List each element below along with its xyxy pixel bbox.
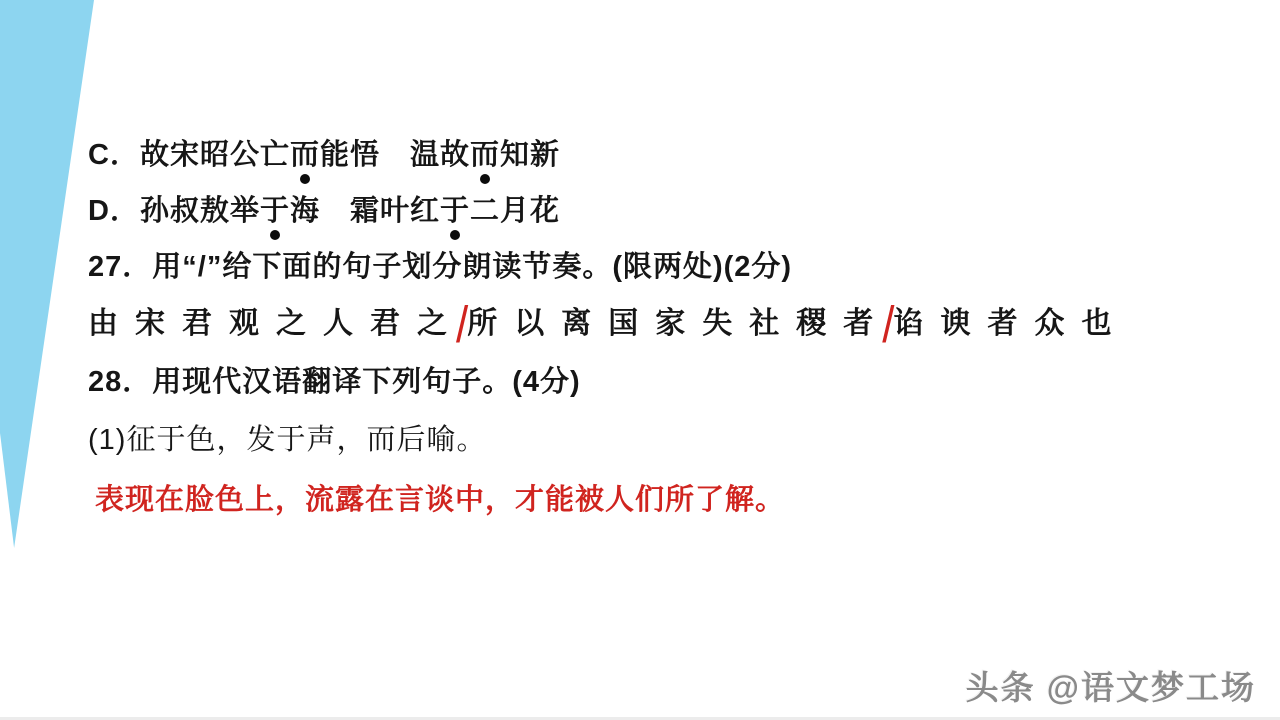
text-segment: 知新 xyxy=(500,139,560,171)
question-28-prompt: 28．用现代汉语翻译下列句子。(4分) xyxy=(88,366,581,398)
emphasized-char: 于 xyxy=(440,195,470,227)
text-segment: 二月花 xyxy=(470,195,560,227)
sentence-char: 离 xyxy=(561,308,592,340)
emphasized-char: 而 xyxy=(290,139,320,171)
sentence-char: 家 xyxy=(655,308,686,340)
sentence-char: 谄 xyxy=(893,308,924,340)
emphasized-char: 而 xyxy=(470,139,500,171)
sentence-char: 君 xyxy=(370,308,401,340)
reading-pause-slash: / xyxy=(882,309,895,344)
sentence-char: 谀 xyxy=(940,308,971,340)
question-27-sentence: 由宋君观之人君之/所以离国家失社稷者/谄谀者众也 xyxy=(88,308,1128,340)
emphasized-char: 于 xyxy=(260,195,290,227)
decorative-blue-wedge xyxy=(0,0,94,548)
option-c-line: C．故宋昭公亡而能悟 温故而知新 xyxy=(88,139,560,171)
sentence-char: 者 xyxy=(843,308,874,340)
sentence-char: 失 xyxy=(702,308,733,340)
sentence-char: 众 xyxy=(1034,308,1065,340)
sentence-char: 由 xyxy=(88,308,119,340)
sentence-char: 者 xyxy=(987,308,1018,340)
sentence-char: 所 xyxy=(467,308,498,340)
text-segment: 能悟 温故 xyxy=(320,139,470,171)
exam-slide: C．故宋昭公亡而能悟 温故而知新 D．孙叔敖举于海 霜叶红于二月花 27．用“/… xyxy=(0,0,1280,720)
question-27-prompt: 27．用“/”给下面的句子划分朗读节奏。(限两处)(2分) xyxy=(88,251,792,283)
sentence-char: 之 xyxy=(276,308,307,340)
question-28-answer-1: 表现在脸色上，流露在言谈中，才能被人们所了解。 xyxy=(95,484,785,516)
sentence-char: 宋 xyxy=(135,308,166,340)
text-segment: D．孙叔敖举 xyxy=(88,195,260,227)
sentence-char: 君 xyxy=(182,308,213,340)
text-segment: 海 霜叶红 xyxy=(290,195,440,227)
reading-pause-slash: / xyxy=(456,309,469,344)
sentence-char: 也 xyxy=(1081,308,1112,340)
sentence-char: 以 xyxy=(514,308,545,340)
sentence-char: 稷 xyxy=(796,308,827,340)
option-d-line: D．孙叔敖举于海 霜叶红于二月花 xyxy=(88,195,560,227)
question-28-item-1: (1)征于色，发于声，而后喻。 xyxy=(88,424,486,456)
watermark: 头条 @语文梦工场 xyxy=(966,662,1256,709)
sentence-char: 社 xyxy=(749,308,780,340)
sentence-char: 观 xyxy=(229,308,260,340)
sentence-char: 之 xyxy=(417,308,448,340)
text-segment: C．故宋昭公亡 xyxy=(88,139,290,171)
sentence-char: 国 xyxy=(608,308,639,340)
sentence-char: 人 xyxy=(323,308,354,340)
